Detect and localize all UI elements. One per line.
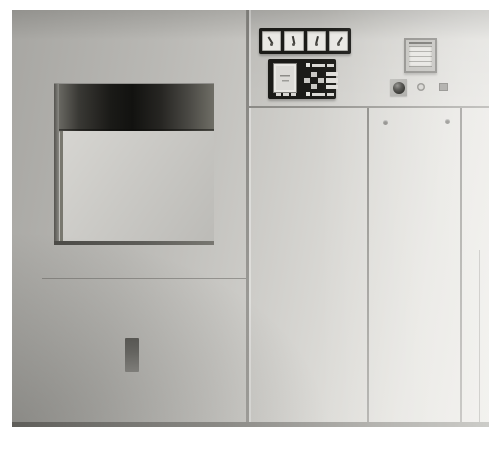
label-blur — [312, 64, 325, 67]
stack-key — [326, 72, 338, 76]
controller-label-row-top — [306, 63, 334, 67]
chart-recorder — [404, 38, 437, 73]
gauge-4 — [329, 31, 348, 51]
controller-label-row-bottom — [306, 92, 334, 96]
window-left-frame — [54, 84, 59, 244]
photo-of-sterilizer-machine — [0, 0, 500, 455]
label-blur — [327, 64, 334, 67]
stack-key — [326, 78, 338, 82]
square-button — [439, 83, 448, 91]
controller-key-stack — [326, 72, 338, 89]
keypad-up-button — [311, 72, 317, 77]
key-dash — [291, 93, 296, 96]
right-panel-seam-right — [460, 108, 462, 427]
gauge-cluster — [259, 28, 351, 54]
keypad-left-button — [304, 78, 310, 83]
recorder-paper-window — [409, 46, 432, 67]
gauge-1 — [262, 31, 281, 51]
stack-key — [326, 85, 338, 89]
key-dash — [276, 93, 281, 96]
gauge-needle — [292, 36, 295, 44]
label-blur — [312, 93, 325, 96]
controller-display-keys — [276, 93, 296, 96]
panel-screw — [383, 120, 388, 125]
machine-bottom-edge — [12, 422, 489, 427]
controller-panel — [268, 59, 336, 99]
keypad-down-button — [311, 84, 317, 89]
window-bottom-shadow — [54, 241, 214, 245]
gauge-3 — [307, 31, 326, 51]
gauge-2 — [284, 31, 303, 51]
machine-body — [12, 10, 489, 427]
gauge-needle — [337, 37, 343, 45]
power-knob-cap — [393, 82, 405, 94]
right-panel-seam-left — [367, 108, 369, 427]
gauge-needle — [315, 36, 318, 44]
power-knob — [390, 79, 407, 96]
door-left-edge-shadow — [60, 131, 63, 242]
gauge-needle — [267, 37, 273, 45]
panel-screw — [445, 119, 450, 124]
keypad-right-button — [318, 78, 324, 83]
chamber-opening-dark — [57, 84, 214, 131]
key-dash — [283, 93, 288, 96]
recorder-slot — [409, 42, 432, 44]
controller-display — [276, 66, 294, 90]
door-pull-slot — [125, 338, 139, 372]
right-panel-seam-faint — [479, 250, 480, 427]
sliding-door-panel — [62, 131, 214, 242]
pilot-lamp — [417, 83, 425, 91]
left-panel-seam — [42, 278, 246, 279]
indicator-dot — [306, 92, 310, 96]
indicator-dot — [306, 63, 310, 67]
label-blur — [327, 93, 334, 96]
